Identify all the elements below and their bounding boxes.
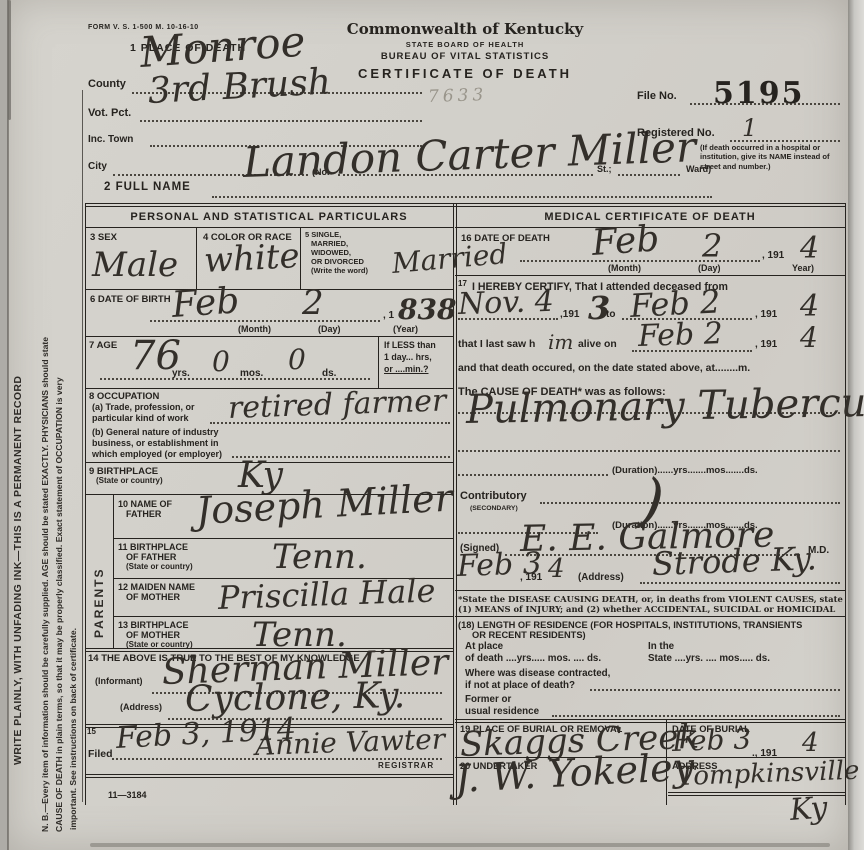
last-year-printed: , 191 [755,339,777,350]
signed-address-label: (Address) [578,572,624,583]
dod-year-caption: Year) [792,263,814,273]
father-bp-label-2: OF FATHER [126,552,176,562]
full-name-label: 2 FULL NAME [104,181,191,193]
margin-note-nb-line1: N. B.—Every item of information should b… [40,22,50,832]
footnote-line-2: (1) MEANS of INJURY; and (2) whether ACC… [458,604,835,614]
from-year-printed: ,191 [560,309,579,320]
marital-label-5: (Write the word) [311,266,368,275]
margin-note-permanent-record: WRITE PLAINLY, WITH UNFADING INK—THIS IS… [12,115,24,765]
father-name-label-2: FATHER [126,509,161,519]
rule-line [212,196,712,198]
registrar-caption: REGISTRAR [378,761,434,770]
rule-line [458,450,840,452]
scan-smudge [90,843,830,847]
rule-line [458,474,608,476]
age-days-handwriting: 0 [288,346,306,374]
rule-line [150,320,380,322]
duration-line-1: (Duration)......yrs.......mos.......ds. [612,465,758,476]
rule-line [85,227,453,228]
rule-line [112,758,442,760]
dod-day-handwriting: 2 [702,230,722,262]
rule-line [455,590,845,591]
mother-name-handwriting: Priscilla Hale [217,574,435,614]
occupation-a-line1: (a) Trade, profession, or [92,402,195,412]
rule-line [85,203,845,207]
form-bottom-code: 11—3184 [108,790,147,800]
parents-vertical-label: PARENTS [92,508,106,638]
rule-line [85,203,86,805]
contracted-line-1: Where was disease contracted, [465,668,610,679]
father-bp-label-1: 11 BIRTHPLACE [118,542,188,552]
undertaker-address-state-handwriting: Ky [789,793,828,826]
file-no-label: File No. [637,90,677,102]
dod-year-digit-handwriting: 4 [800,234,819,264]
occupation-value-handwriting: retired farmer [227,386,446,424]
dod-day-caption: (Day) [698,263,721,273]
scan-left-edge [7,0,9,850]
last-saw-statement-1: that I last saw h [458,339,535,350]
footnote-line-1: *State the DISEASE CAUSING DEATH, or, in… [458,594,843,604]
mother-name-label-1: 12 MAIDEN NAME [118,582,195,592]
county-label: County [88,78,126,90]
occupation-b-line2: business, or establishment in [92,438,219,448]
father-bp-label-3: (State or country) [126,562,193,571]
dob-year-caption: (Year) [393,324,418,334]
mother-bp-label-2: OF MOTHER [126,630,180,640]
death-certificate-scan: WRITE PLAINLY, WITH UNFADING INK—THIS IS… [0,0,864,850]
father-bp-handwriting: Tenn. [272,540,367,574]
registrar-signature-handwriting: Annie Vawter [255,725,446,760]
dob-month-handwriting: Feb [171,283,241,324]
rule-line [85,774,453,778]
sex-value-handwriting: Male [92,248,178,282]
dob-year-handwriting: 838 [398,296,456,324]
margin-note-nb-line2: CAUSE OF DEATH in plain terms, so that i… [54,22,64,832]
informant-address-label: (Address) [120,702,162,712]
margin-divider [82,90,83,802]
residence-label-2: OR RECENT RESIDENTS) [472,630,586,640]
dob-label: 6 DATE OF BIRTH [90,294,171,305]
rule-line [113,494,114,648]
dod-year-printed: , 191 [762,250,784,261]
mother-name-label-2: OF MOTHER [126,592,180,602]
occupation-b-line3: which employed (or employer) [92,449,222,459]
residence-label-1: (18) LENGTH OF RESIDENCE (FOR HOSPITALS,… [458,620,802,630]
file-no-value: 5195 [713,76,805,111]
rule-line [668,792,845,796]
former-line-1: Former or [465,694,511,705]
dod-month-handwriting: Feb [591,221,661,262]
attended-from-handwriting: Nov. 4 [457,287,554,320]
mother-bp-label-1: 13 BIRTHPLACE [118,620,189,630]
rule-line [85,289,453,290]
in-the-label: In the [648,641,674,652]
age-less-line1: If LESS than [384,340,436,350]
bureau-subtitle: BUREAU OF VITAL STATISTICS [300,51,630,62]
to-year-printed: , 191 [755,309,777,320]
registered-no-value-handwriting: 1 [742,116,757,140]
rule-line [100,378,370,380]
marital-label-1: 5 SINGLE, [305,230,341,239]
occupation-label: 8 OCCUPATION [89,391,159,402]
secondary-caption: (SECONDARY) [470,505,518,512]
contracted-line-2: if not at place of death? [465,680,575,691]
of-death-line: of death ....yrs..... mos. .... ds. [465,653,601,664]
marital-label-4: OR DIVORCED [311,257,364,266]
rule-line [140,120,422,122]
state-board-subtitle: STATE BOARD OF HEALTH [300,40,630,49]
age-label: 7 AGE [89,340,117,351]
signed-year-digit-handwriting: 4 [548,556,565,582]
scan-smudge [8,0,11,120]
undertaker-address-handwriting: Tompkinsville [678,758,860,790]
personal-section-title: PERSONAL AND STATISTICAL PARTICULARS [85,211,453,223]
sex-label: 3 SEX [90,232,117,243]
dod-month-caption: (Month) [608,263,641,273]
registered-no-label: Registered No. [637,127,715,139]
burial-year-digit-handwriting: 4 [802,730,819,756]
dob-day-handwriting: 2 [302,286,324,320]
rule-line [300,227,301,289]
state-line: State ....yrs. .... mos..... ds. [648,653,770,664]
death-occurred-statement: and that death occured, on the date stat… [458,363,750,374]
dob-year-printed: , 1 [383,310,394,321]
dob-month-caption: (Month) [238,324,271,334]
last-year-digit-handwriting: 4 [800,324,818,352]
occupation-b-line1: (b) General nature of industry [92,427,219,437]
last-saw-statement-2: alive on [578,339,617,350]
rule-line [845,203,846,805]
pencil-number: 7633 [428,85,488,107]
occupation-a-line2: particular kind of work [92,413,189,423]
age-less-line2: 1 day... hrs, [384,352,432,362]
rule-line [540,502,840,504]
rule-line [378,336,379,388]
rule-line [196,227,197,289]
marital-label-2: MARRIED, [311,239,348,248]
father-name-label-1: 10 NAME OF [118,499,172,509]
race-value-handwriting: white [203,239,300,278]
inc-town-label: Inc. Town [88,134,133,145]
rule-line [458,318,558,320]
filed-label: Filed [88,748,113,760]
to-label: to [606,309,615,320]
city-label: City [88,161,107,172]
signed-address-handwriting: Strode Ky. [651,542,817,580]
rule-line [590,689,840,691]
certificate-title: CERTIFICATE OF DEATH [300,66,630,81]
marital-label-3: WIDOWED, [311,248,351,257]
vot-pct-label: Vot. Pct. [88,107,131,119]
at-place-label: At place [465,641,503,652]
cause-of-death-handwriting: Pulmonary Tuberculosis [466,381,864,430]
signed-year-printed: , 191 [520,572,542,583]
to-year-digit-handwriting: 4 [800,292,819,322]
hospital-note: (If death occurred in a hospital or inst… [700,143,842,171]
filed-item-number: 15 [87,727,96,736]
commonwealth-title: Commonwealth of Kentucky [300,20,630,38]
former-line-2: usual residence [465,706,539,717]
contributory-label: Contributory [460,490,527,502]
dob-day-caption: (Day) [318,324,341,334]
him-handwriting: im [548,332,573,352]
age-months-handwriting: 0 [212,348,230,376]
last-seen-date-handwriting: Feb 2 [637,319,723,352]
birthplace-caption: (State or country) [96,476,163,485]
margin-note-nb-line3: important. See instructions on back of c… [68,330,78,830]
age-less-line3: or ....min.? [384,364,428,374]
rule-line [455,275,845,276]
rule-line [618,174,680,176]
rule-line [520,260,760,262]
informant-label: (Informant) [95,676,143,686]
rule-line [455,616,845,617]
dod-label: 16 DATE OF DEATH [461,233,550,244]
informant-address-handwriting: Cyclone, Ky. [185,678,406,718]
